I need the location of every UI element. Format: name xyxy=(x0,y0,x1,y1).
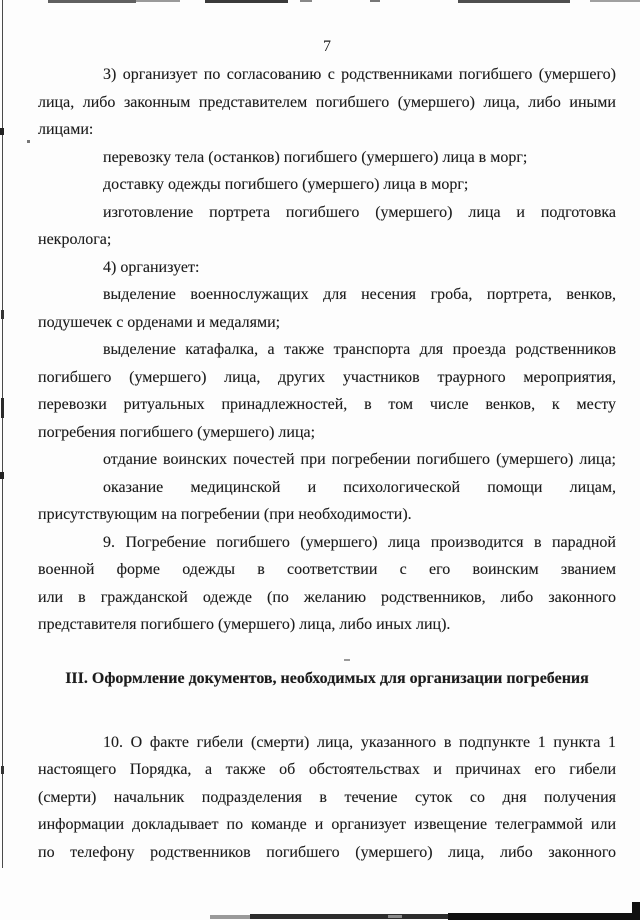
scan-artifact-left-edge xyxy=(1,766,4,774)
paragraph: изготовление портрета погибшего (умершег… xyxy=(38,199,616,254)
scan-artifact-left-edge xyxy=(1,310,4,319)
text-line: по телефону родственников погибшего (уме… xyxy=(38,839,616,867)
paragraph: 10. О факте гибели (смерти) лица, указан… xyxy=(38,729,616,867)
page-number: 7 xyxy=(38,33,616,61)
text-line: выделение военнослужащих для несения гро… xyxy=(38,281,616,309)
text-line: погибшего (умершего) лица, других участн… xyxy=(38,364,616,392)
text-line: доставку одежды погибшего (умершего) лиц… xyxy=(38,171,616,199)
scan-artifact-top-edge xyxy=(370,0,380,2)
scan-artifact-top-edge xyxy=(48,0,136,3)
scan-artifact-top-edge xyxy=(136,0,180,2)
text-line: изготовление портрета погибшего (умершег… xyxy=(38,199,616,227)
scan-artifact-top-edge xyxy=(205,0,288,3)
paragraph: выделение военнослужащих для несения гро… xyxy=(38,281,616,336)
paragraph: перевозку тела (останков) погибшего (уме… xyxy=(38,144,616,172)
document-body: 7 3) организует по согласованию с родств… xyxy=(38,33,616,866)
text-line: лица, либо законным представителем погиб… xyxy=(38,89,616,117)
scan-artifact-top-edge xyxy=(590,0,640,2)
scan-artifact-bottom-edge xyxy=(388,915,402,918)
text-line: выделение катафалка, а также транспорта … xyxy=(38,336,616,364)
text-line: или в гражданской одежде (по желанию род… xyxy=(38,584,616,612)
text-line: информации докладывает по команде и орга… xyxy=(38,811,616,839)
scan-artifact-left-edge xyxy=(1,398,4,418)
text-line: лицами: xyxy=(38,116,616,144)
paragraph: оказание медицинской и психологической п… xyxy=(38,474,616,529)
text-line: перевозку тела (останков) погибшего (уме… xyxy=(38,144,616,172)
text-line: 9. Погребение погибшего (умершего) лица … xyxy=(38,529,616,557)
scan-artifact-bottom-edge xyxy=(448,913,640,920)
text-line: отдание воинских почестей при погребении… xyxy=(38,446,616,474)
paragraph: выделение катафалка, а также транспорта … xyxy=(38,336,616,446)
text-line: перевозки ритуальных принадлежностей, в … xyxy=(38,391,616,419)
scan-artifact-bottom-corner xyxy=(632,902,640,920)
text-line: присутствующим на погребении (при необхо… xyxy=(38,501,616,529)
text-line: подушечек с орденами и медалями; xyxy=(38,309,616,337)
section-heading: III. Оформление документов, необходимых … xyxy=(38,665,616,693)
text-line: (смерти) начальник подразделения в течен… xyxy=(38,784,616,812)
text-line: оказание медицинской и психологической п… xyxy=(38,474,616,502)
text-line: настоящего Порядка, а также об обстоятел… xyxy=(38,756,616,784)
scan-artifact-top-edge xyxy=(300,0,312,2)
text-line: 4) организует: xyxy=(38,254,616,282)
text-line: некролога; xyxy=(38,226,616,254)
text-line: погребения погибшего (умершего) лица; xyxy=(38,419,616,447)
scan-artifact-left-edge xyxy=(0,472,4,479)
text-line: 10. О факте гибели (смерти) лица, указан… xyxy=(38,729,616,757)
scanned-document-page: 7 3) организует по согласованию с родств… xyxy=(0,0,640,920)
paragraph: 9. Погребение погибшего (умершего) лица … xyxy=(38,529,616,639)
paragraph: доставку одежды погибшего (умершего) лиц… xyxy=(38,171,616,199)
paragraph: отдание воинских почестей при погребении… xyxy=(38,446,616,474)
scan-artifact-bottom-edge xyxy=(210,915,250,919)
scan-artifact-left-edge xyxy=(0,128,4,135)
scan-artifact-bottom-edge xyxy=(250,914,450,919)
text-line: представителя погибшего (умершего) лица,… xyxy=(38,611,616,639)
scan-artifact-speck xyxy=(27,140,30,143)
paragraph: 4) организует: xyxy=(38,254,616,282)
text-line: 3) организует по согласованию с родствен… xyxy=(38,61,616,89)
paragraph: 3) организует по согласованию с родствен… xyxy=(38,61,616,144)
text-line: военной форме одежды в соответствии с ег… xyxy=(38,556,616,584)
scan-artifact-top-edge xyxy=(458,0,570,3)
